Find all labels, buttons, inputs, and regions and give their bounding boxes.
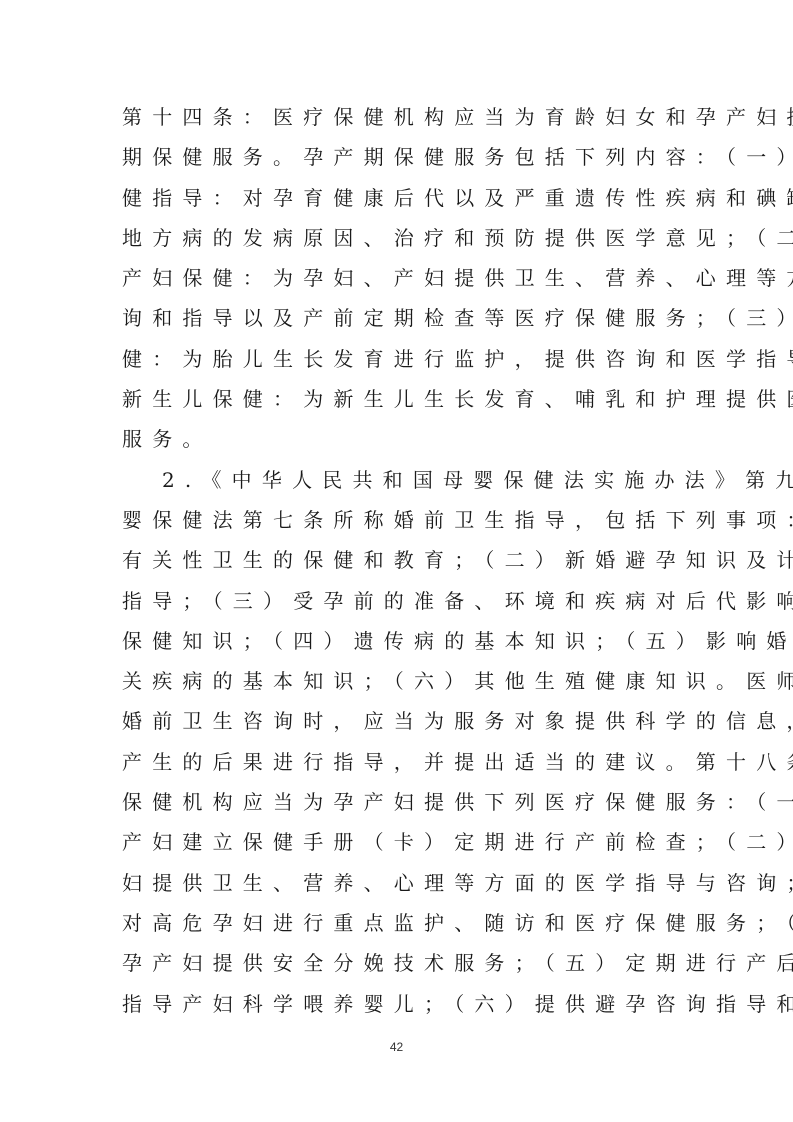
text-line: 新生儿保健：为新生儿生长发育、哺乳和护理提供医疗保健 xyxy=(122,379,674,419)
text-line: 指导产妇科学喂养婴儿；（六）提供避孕咨询指导和技术服 xyxy=(122,984,674,1024)
text-line: 询和指导以及产前定期检查等医疗保健服务；（三）胎儿保 xyxy=(122,298,674,338)
text-line: 对高危孕妇进行重点监护、随访和医疗保健服务；（四）为 xyxy=(122,903,674,943)
text-line: 有关性卫生的保健和教育；（二）新婚避孕知识及计划生育 xyxy=(122,540,674,580)
text-line: 婴保健法第七条所称婚前卫生指导，包括下列事项：（一） xyxy=(122,500,674,540)
page-number: 42 xyxy=(0,1040,793,1054)
text-line: 指导；（三）受孕前的准备、环境和疾病对后代影响等孕前 xyxy=(122,581,674,621)
text-line: 期保健服务。孕产期保健服务包括下列内容：（一）母婴保 xyxy=(122,137,674,177)
body-text: 第十四条：医疗保健机构应当为育龄妇女和孕产妇提供孕产 期保健服务。孕产期保健服务… xyxy=(122,97,674,1024)
text-line: 保健知识；（四）遗传病的基本知识；（五）影响婚育的有 xyxy=(122,621,674,661)
text-line: 孕产妇提供安全分娩技术服务；（五）定期进行产后访视， xyxy=(122,943,674,983)
text-line: 产妇建立保健手册（卡）定期进行产前检查；（二）为孕产 xyxy=(122,822,674,862)
text-line: 产妇保健：为孕妇、产妇提供卫生、营养、心理等方面的咨 xyxy=(122,258,674,298)
text-line: 健：为胎儿生长发育进行监护，提供咨询和医学指导；（四） xyxy=(122,339,674,379)
document-page: 第十四条：医疗保健机构应当为育龄妇女和孕产妇提供孕产 期保健服务。孕产期保健服务… xyxy=(0,0,793,1122)
text-line: 地方病的发病原因、治疗和预防提供医学意见；（二）孕妇、 xyxy=(122,218,674,258)
paragraph-start-line: 2.《中华人民共和国母婴保健法实施办法》第九条：母 xyxy=(122,460,674,500)
text-line: 第十四条：医疗保健机构应当为育龄妇女和孕产妇提供孕产 xyxy=(122,97,674,137)
text-line: 服务。 xyxy=(122,419,674,459)
text-line: 关疾病的基本知识；（六）其他生殖健康知识。医师在进行 xyxy=(122,661,674,701)
text-line: 健指导：对孕育健康后代以及严重遗传性疾病和碘缺乏病等 xyxy=(122,178,674,218)
text-line: 妇提供卫生、营养、心理等方面的医学指导与咨询；（三） xyxy=(122,863,674,903)
text-line: 产生的后果进行指导，并提出适当的建议。第十八条：医疗、 xyxy=(122,742,674,782)
text-line: 保健机构应当为孕产妇提供下列医疗保健服务：（一）为孕 xyxy=(122,782,674,822)
text-line: 婚前卫生咨询时，应当为服务对象提供科学的信息，对可能 xyxy=(122,701,674,741)
